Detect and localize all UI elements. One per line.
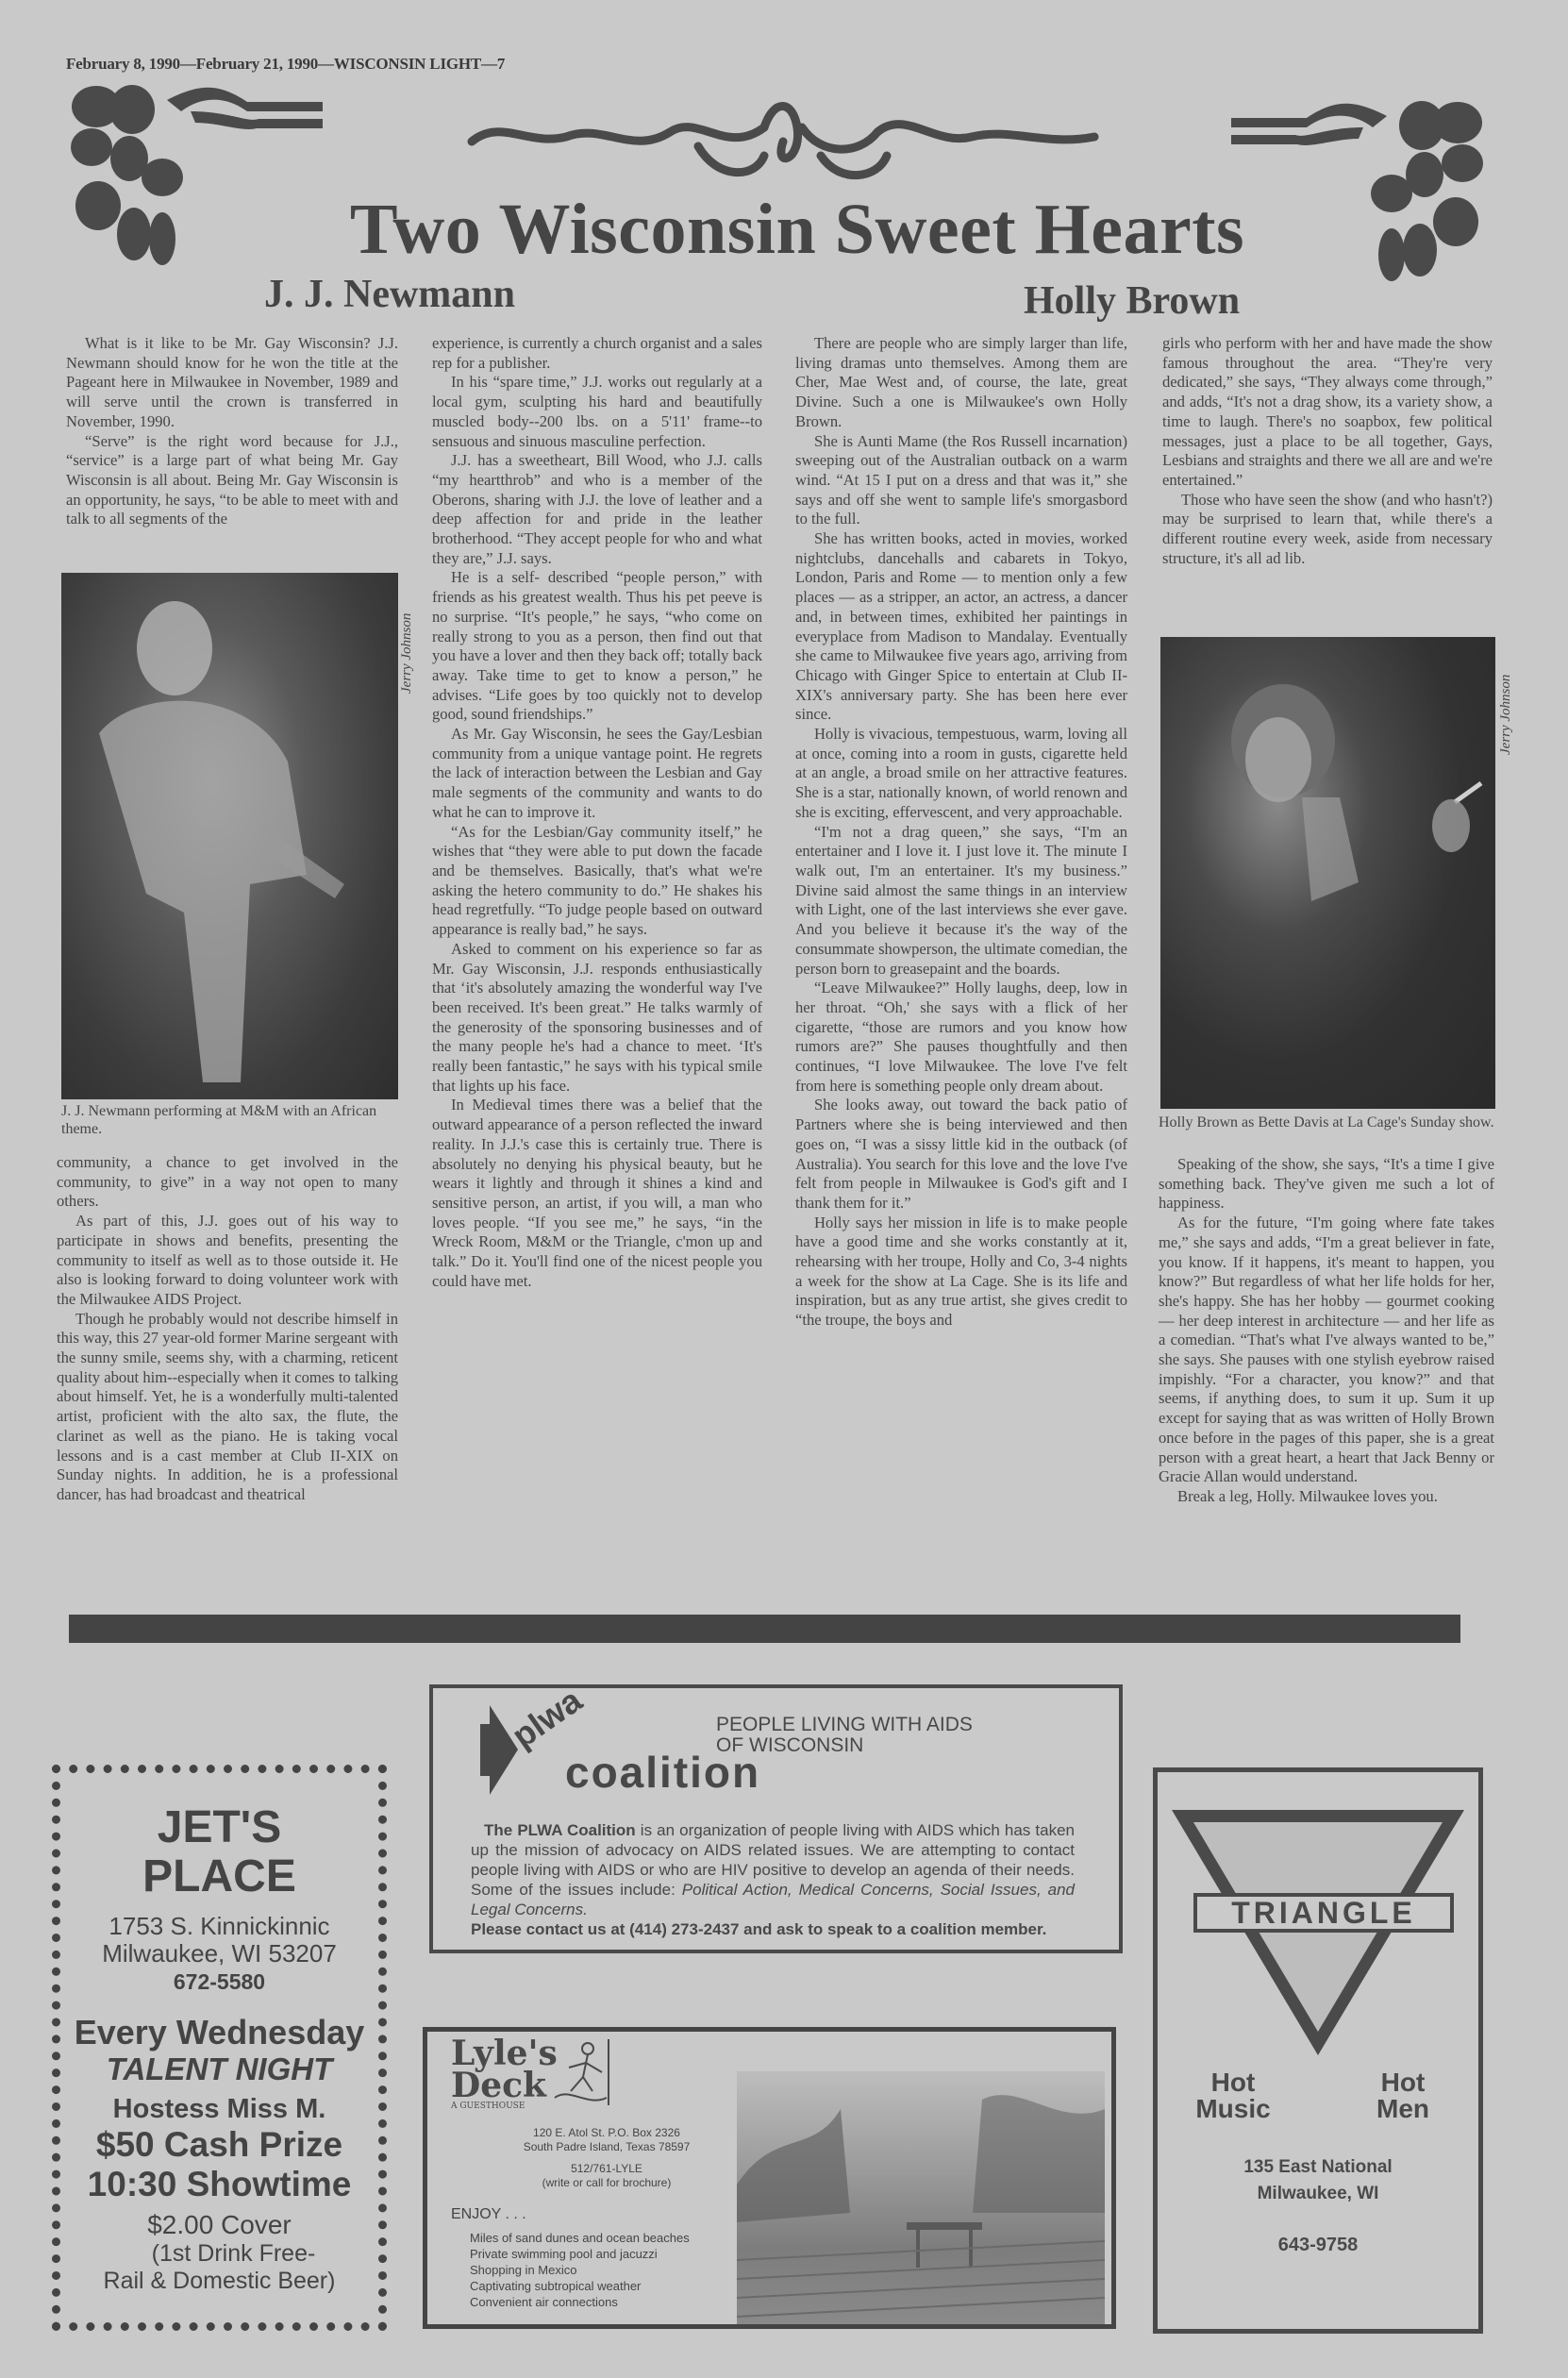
paragraph: J.J. has a sweetheart, Bill Wood, who J.… xyxy=(432,451,762,568)
jets-address-line: 1753 S. Kinnickinnic xyxy=(60,1913,378,1940)
triangle-tag-line: Hot xyxy=(1186,2069,1280,2096)
paragraph: She looks away, out toward the back pati… xyxy=(795,1096,1127,1213)
article-holly-col4-top: girls who perform with her and have made… xyxy=(1162,334,1493,568)
paragraph: There are people who are simply larger t… xyxy=(795,334,1127,432)
lyles-phone-note: (write or call for brochure) xyxy=(512,2176,701,2190)
lyles-feature: Convenient air connections xyxy=(470,2294,690,2310)
triangle-logo-icon xyxy=(1167,1805,1469,2060)
paragraph: In Medieval times there was a belief tha… xyxy=(432,1096,762,1291)
triangle-address-line: 135 East National xyxy=(1158,2154,1478,2181)
jets-phone: 672-5580 xyxy=(60,1969,378,1995)
paragraph: She is Aunti Mame (the Ros Russell incar… xyxy=(795,432,1127,530)
paragraph: As for the future, “I'm going where fate… xyxy=(1159,1214,1494,1487)
paragraph: “Serve” is the right word because for J.… xyxy=(66,432,398,530)
byline-holly-brown: Holly Brown xyxy=(1024,278,1240,324)
scroll-ornament-icon xyxy=(462,90,1104,193)
article-newmann-col1-top: What is it like to be Mr. Gay Wisconsin?… xyxy=(66,334,398,529)
paragraph: As Mr. Gay Wisconsin, he sees the Gay/Le… xyxy=(432,725,762,823)
section-divider-rule xyxy=(69,1615,1460,1643)
folio-line: February 8, 1990—February 21, 1990—WISCO… xyxy=(66,55,505,74)
paragraph: What is it like to be Mr. Gay Wisconsin?… xyxy=(66,334,398,432)
jets-note: Rail & Domestic Beer) xyxy=(60,2268,378,2295)
lyles-enjoy: ENJOY . . . xyxy=(451,2206,526,2223)
paragraph: experience, is currently a church organi… xyxy=(432,334,762,373)
performer-portrait-icon xyxy=(1160,637,1495,1109)
paragraph: community, a chance to get involved in t… xyxy=(57,1153,398,1212)
floral-corner-ornament-left-icon xyxy=(58,74,332,272)
paragraph: Break a leg, Holly. Milwaukee loves you. xyxy=(1159,1487,1494,1507)
photo-newmann xyxy=(61,573,398,1099)
paragraph: Though he probably would not describe hi… xyxy=(57,1310,398,1505)
jets-name-line: PLACE xyxy=(60,1852,378,1901)
paragraph: girls who perform with her and have made… xyxy=(1162,334,1493,491)
plwa-heading-line: OF WISCONSIN xyxy=(716,1735,973,1756)
lyles-feature: Private swimming pool and jacuzzi xyxy=(470,2246,690,2262)
lyles-feature: Captivating subtropical weather xyxy=(470,2278,690,2294)
jets-event: TALENT NIGHT xyxy=(60,2051,378,2087)
paragraph: “As for the Lesbian/Gay community itself… xyxy=(432,823,762,940)
photo-caption: Holly Brown as Bette Davis at La Cage's … xyxy=(1159,1114,1495,1131)
lyles-logo: Lyle's Deck A GUESTHOUSE xyxy=(451,2037,558,2111)
lyles-feature: Shopping in Mexico xyxy=(470,2262,690,2278)
performer-silhouette-icon xyxy=(61,573,398,1099)
lyles-logo-line: Deck xyxy=(451,2069,558,2102)
paragraph: “Leave Milwaukee?” Holly laughs, deep, l… xyxy=(795,979,1127,1096)
paragraph: Asked to comment on his experience so fa… xyxy=(432,940,762,1097)
jets-hostess: Hostess Miss M. xyxy=(60,2093,378,2125)
triangle-phone: 643-9758 xyxy=(1158,2235,1478,2256)
jets-name: JET'S PLACE xyxy=(60,1803,378,1901)
triangle-name: TRIANGLE xyxy=(1193,1893,1454,1933)
triangle-tag-left: Hot Music xyxy=(1186,2069,1280,2122)
byline-newmann: J. J. Newmann xyxy=(264,272,515,317)
plwa-body-bold: The PLWA Coalition xyxy=(484,1821,636,1839)
lyles-address: 120 E. Atol St. P.O. Box 2326 South Padr… xyxy=(512,2126,701,2190)
triangle-address: 135 East National Milwaukee, WI xyxy=(1158,2154,1478,2207)
jets-address: 1753 S. Kinnickinnic Milwaukee, WI 53207 xyxy=(60,1913,378,1968)
paragraph: As part of this, J.J. goes out of his wa… xyxy=(57,1212,398,1310)
article-holly-col4-bottom: Speaking of the show, she says, “It's a … xyxy=(1159,1155,1494,1507)
lyles-phone: 512/761-LYLE xyxy=(512,2162,701,2176)
paragraph: Speaking of the show, she says, “It's a … xyxy=(1159,1155,1494,1214)
jets-address-line: Milwaukee, WI 53207 xyxy=(60,1940,378,1968)
paragraph: Holly says her mission in life is to mak… xyxy=(795,1214,1127,1331)
paragraph: He is a self- described “people person,”… xyxy=(432,568,762,725)
ad-triangle: TRIANGLE Hot Music Hot Men 135 East Nati… xyxy=(1153,1767,1483,2334)
paragraph: In his “spare time,” J.J. works out regu… xyxy=(432,373,762,451)
article-newmann-col1-bottom: community, a chance to get involved in t… xyxy=(57,1153,398,1505)
lyles-address-line: South Padre Island, Texas 78597 xyxy=(512,2140,701,2154)
ad-jets-place: JET'S PLACE 1753 S. Kinnickinnic Milwauk… xyxy=(52,1765,387,2331)
photo-credit: Jerry Johnson xyxy=(1498,642,1514,755)
plwa-heading: PEOPLE LIVING WITH AIDS OF WISCONSIN xyxy=(716,1715,973,1756)
jets-name-line: JET'S xyxy=(60,1803,378,1852)
headline: Two Wisconsin Sweet Hearts xyxy=(325,189,1269,271)
paragraph: Those who have seen the show (and who ha… xyxy=(1162,491,1493,569)
jets-prize: $50 Cash Prize xyxy=(60,2125,378,2165)
paragraph: She has written books, acted in movies, … xyxy=(795,529,1127,725)
lyles-deck-photo xyxy=(737,2071,1105,2324)
jets-showtime: 10:30 Showtime xyxy=(60,2165,378,2204)
lyles-logo-line: Lyle's xyxy=(451,2037,558,2069)
photo-holly-brown xyxy=(1160,637,1495,1109)
jets-day: Every Wednesday xyxy=(47,2014,392,2051)
triangle-tag-line: Music xyxy=(1186,2096,1280,2122)
surfer-icon xyxy=(550,2039,611,2110)
triangle-tag-line: Men xyxy=(1356,2096,1450,2122)
lyles-address-line: 120 E. Atol St. P.O. Box 2326 xyxy=(512,2126,701,2140)
article-newmann-col2: experience, is currently a church organi… xyxy=(432,334,762,1291)
ad-plwa-coalition: plwa coalition PEOPLE LIVING WITH AIDS O… xyxy=(429,1684,1123,1953)
plwa-heading-line: PEOPLE LIVING WITH AIDS xyxy=(716,1715,973,1735)
photo-caption: J. J. Newmann performing at M&M with an … xyxy=(61,1102,398,1138)
lyles-features: Miles of sand dunes and ocean beaches Pr… xyxy=(470,2230,690,2310)
paragraph: Holly is vivacious, tempestuous, warm, l… xyxy=(795,725,1127,823)
jets-cover: $2.00 Cover xyxy=(60,2210,378,2240)
paragraph: “I'm not a drag queen,” she says, “I'm a… xyxy=(795,823,1127,980)
patio-scene-icon xyxy=(737,2071,1105,2324)
lyles-feature: Miles of sand dunes and ocean beaches xyxy=(470,2230,690,2246)
jets-note: (1st Drink Free- xyxy=(60,2240,378,2268)
ad-lyles-deck: Lyle's Deck A GUESTHOUSE 120 E. Atol St.… xyxy=(423,2027,1116,2329)
plwa-body: The PLWA Coalition is an organization of… xyxy=(471,1820,1075,1919)
triangle-tag-right: Hot Men xyxy=(1356,2069,1450,2122)
article-holly-col3: There are people who are simply larger t… xyxy=(795,334,1127,1331)
photo-credit: Jerry Johnson xyxy=(399,580,415,694)
triangle-address-line: Milwaukee, WI xyxy=(1158,2181,1478,2207)
plwa-contact: Please contact us at (414) 273-2437 and … xyxy=(471,1919,1075,1939)
triangle-tag-line: Hot xyxy=(1356,2069,1450,2096)
